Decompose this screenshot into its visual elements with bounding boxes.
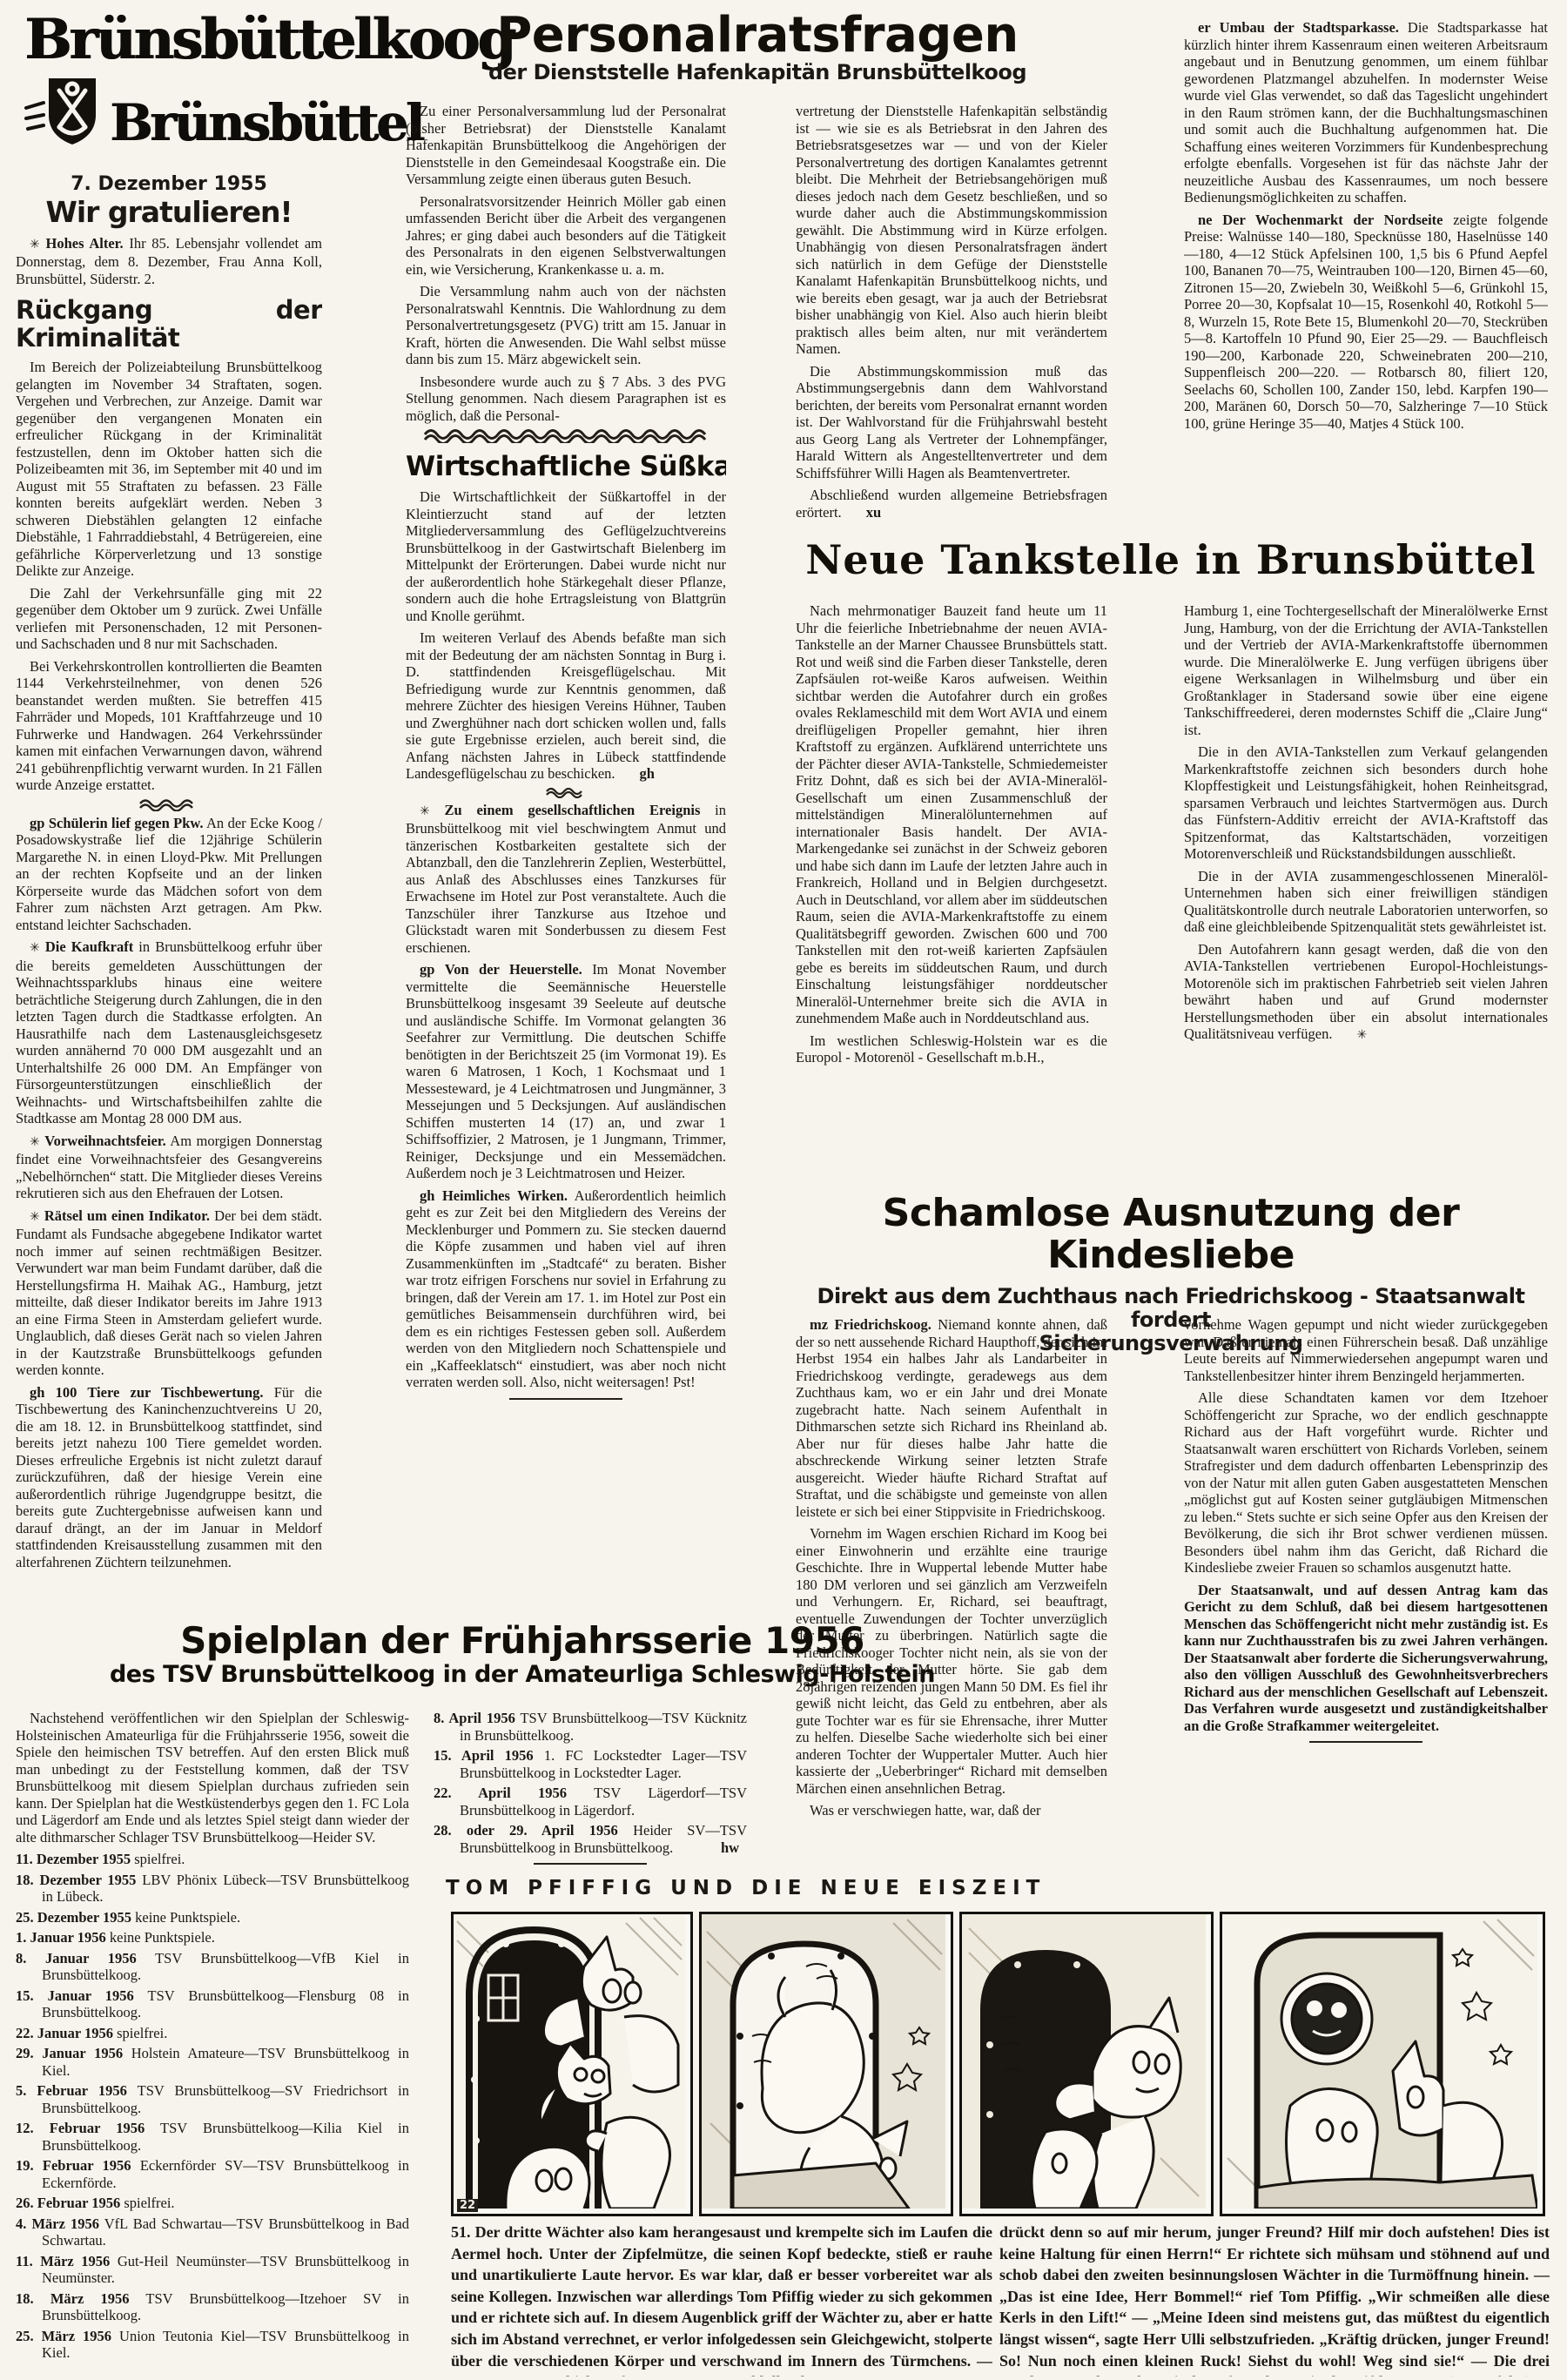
comic-panel-2 [699, 1912, 953, 2216]
tankstelle-column-left: Nach mehrmonatiger Bauzeit fand heute um… [796, 602, 1107, 1180]
comic-panel-1: 22 [451, 1912, 693, 2216]
fixture-row: 12. Februar 1956 TSV Brunsbüttelkoog—Kil… [16, 2120, 409, 2154]
comic-caption-left: 51. Der dritte Wächter also kam heranges… [451, 2222, 992, 2377]
news-item: ✳ Vorweihnachtsfeier. Am morgigen Donner… [16, 1133, 322, 1202]
byline-marker: gh [420, 1187, 434, 1204]
newspaper-page: Brünsbüttelkoog Brünsbüttel [0, 0, 1567, 2380]
item-title: Umbau der Stadtsparkasse. [1220, 19, 1399, 36]
item-text: Die Stadtsparkasse hat kürzlich hinter i… [1184, 19, 1548, 205]
fixture-row: 28. oder 29. April 1956 Heider SV—TSV Br… [434, 1822, 747, 1856]
section-rule [534, 1863, 647, 1865]
star-icon: ✳ [30, 1135, 40, 1149]
paragraph-text: Abschließend wurden allgemeine Betriebsf… [796, 487, 1107, 521]
crest-logo-icon [24, 73, 101, 148]
star-icon: ✳ [30, 1210, 40, 1224]
personalrat-paragraph: Die Abstimmungskommission muß das Abstim… [796, 363, 1107, 482]
personalrat-paragraph: Zu einer Personalversammlung lud der Per… [406, 103, 726, 188]
star-sign-off-icon: ✳ [1356, 1028, 1367, 1042]
personalrat-headline: Personalratsfragen [453, 10, 1062, 61]
fixture-date: 25. März 1956 [16, 2328, 111, 2344]
fixture-date: 26. Februar 1956 [16, 2195, 120, 2211]
fixture-row: 15. Januar 1956 TSV Brunsbüttelkoog—Flen… [16, 1987, 409, 2021]
fixture-row: 22. Januar 1956 spielfrei. [16, 2025, 409, 2042]
personalrat-paragraph: Abschließend wurden allgemeine Betriebsf… [796, 487, 1107, 521]
item-title: Schülerin lief gegen Pkw. [49, 815, 204, 831]
column-1: 7. Dezember 1955 Wir gratulieren! ✳ Hohe… [16, 167, 322, 1617]
star-icon: ✳ [30, 941, 40, 955]
news-item: ✳ Zu einem gesellschaftlichen Ereignis i… [406, 802, 726, 957]
fixture-date: 29. Januar 1956 [16, 2045, 123, 2061]
comic-caption-right: drückt denn so auf mir herum, junger Fre… [999, 2222, 1550, 2377]
schamlose-paragraph: vornehme Wagen gepumpt und nicht wieder … [1184, 1316, 1548, 1384]
section-rule [1309, 1741, 1422, 1743]
tankstelle-headline: Neue Tankstelle in Brunsbüttel [783, 538, 1558, 582]
tankstelle-paragraph: Die in der AVIA zusammengeschlossenen Mi… [1184, 868, 1548, 936]
schamlose-lead-paragraph: mz Friedrichskoog. Niemand konnte ahnen,… [796, 1316, 1107, 1520]
schamlose-headline: Schamlose Ausnutzung der Kindesliebe [783, 1193, 1558, 1276]
spielplan-headline-block: Spielplan der Frühjahrsserie 1956 des TS… [52, 1621, 992, 1688]
fixture-date: 15. April 1956 [434, 1747, 534, 1764]
wave-divider-icon [406, 788, 726, 798]
kriminalitaet-paragraph-1: Im Bereich der Polizeiabteilung Brunsbüt… [16, 359, 322, 580]
news-item: er Umbau der Stadtsparkasse. Die Stadtsp… [1184, 19, 1548, 206]
fixture-date: 18. März 1956 [16, 2290, 129, 2307]
gratulieren-headline: Wir gratulieren! [16, 197, 322, 228]
fixture-row: 29. Januar 1956 Holstein Amateure—TSV Br… [16, 2045, 409, 2079]
item-text: Außerordentlich heimlich geht es zur Zei… [406, 1187, 726, 1391]
schamlose-final-paragraph: Der Staatsanwalt, und auf dessen Antrag … [1184, 1582, 1548, 1735]
comic-title: TOM PFIFFIG UND DIE NEUE EISZEIT [446, 1877, 1107, 1899]
item-text: Im Monat November vermittelte die Seemän… [406, 961, 726, 1181]
fixture-date: 25. Dezember 1955 [16, 1909, 131, 1926]
item-title: Der Wochenmarkt der Nordseite [1222, 212, 1443, 228]
item-text: in Brunsbüttelkoog erfuhr über die berei… [16, 938, 322, 1126]
fixture-row: 26. Februar 1956 spielfrei. [16, 2195, 409, 2212]
tankstelle-column-right: Hamburg 1, eine Tochtergesellschaft der … [1184, 602, 1548, 1180]
paragraph-text: Im weiteren Verlauf des Abends befaßte m… [406, 629, 726, 782]
fixture-date: 11. Dezember 1955 [16, 1851, 131, 1867]
tankstelle-headline-block: Neue Tankstelle in Brunsbüttel [783, 538, 1558, 582]
item-title: Die Kaufkraft [45, 938, 133, 955]
item-text: An der Ecke Koog / Posadowskystraße lief… [16, 815, 322, 933]
item-text: Der bei dem städt. Fundamt als Fundsache… [16, 1207, 322, 1379]
fixture-row: 25. Dezember 1955 keine Punktspiele. [16, 1909, 409, 1926]
fixture-date: 5. Februar 1956 [16, 2082, 127, 2099]
personalrat-paragraph: Personalratsvorsitzender Heinrich Möller… [406, 193, 726, 279]
news-item: ✳ Rätsel um einen Indikator. Der bei dem… [16, 1207, 322, 1379]
schamlose-column-left: mz Friedrichskoog. Niemand konnte ahnen,… [796, 1316, 1107, 1879]
tankstelle-paragraph: Die in den AVIA-Tankstellen zum Verkauf … [1184, 743, 1548, 863]
dateline: Friedrichskoog. [834, 1316, 931, 1333]
fixture-row: 15. April 1956 1. FC Lockstedter Lager—T… [434, 1747, 747, 1781]
byline-marker: ne [1198, 212, 1213, 228]
fixture-date: 4. März 1956 [16, 2215, 99, 2232]
suesskartoffel-paragraph-1: Die Wirtschaftlichkeit der Süßkartoffel … [406, 488, 726, 624]
star-icon: ✳ [30, 238, 40, 252]
comic-panel-3 [959, 1912, 1214, 2216]
comic-panel-number: 22 [457, 2199, 478, 2212]
comic-strip: 22 [451, 1912, 1550, 2216]
column-4-top: er Umbau der Stadtsparkasse. Die Stadtsp… [1184, 19, 1548, 534]
tankstelle-paragraph: Hamburg 1, eine Tochtergesellschaft der … [1184, 602, 1548, 738]
fixture-match: spielfrei. [134, 1851, 185, 1867]
schamlose-paragraph: Alle diese Schandtaten kamen vor dem Itz… [1184, 1389, 1548, 1577]
fixture-match: keine Punktspiele. [135, 1909, 240, 1926]
personalrat-subhead: der Dienststelle Hafenkapitän Brunsbütte… [453, 61, 1062, 84]
market-prices-text: zeigte folgende Preise: Walnüsse 140—180… [1184, 212, 1548, 432]
section-rule [509, 1398, 622, 1400]
fixture-row: 18. März 1956 TSV Brunsbüttelkoog—Itzeho… [16, 2290, 409, 2324]
spielplan-column-b: 8. April 1956 TSV Brunsbüttelkoog—TSV Kü… [434, 1710, 747, 1884]
item-title: Zu einem gesellschaftlichen Ereignis [445, 802, 701, 818]
sign-off: xu [866, 504, 881, 521]
spielplan-headline: Spielplan der Frühjahrsserie 1956 [52, 1621, 992, 1661]
item-text: Für die Tischbewertung des Kaninchenzuch… [16, 1384, 322, 1570]
suesskartoffel-paragraph-2: Im weiteren Verlauf des Abends befaßte m… [406, 629, 726, 783]
fixture-row: 11. März 1956 Gut-Heil Neumünster—TSV Br… [16, 2253, 409, 2287]
schamlose-paragraph: Was er verschwiegen hatte, war, daß der [796, 1802, 1107, 1819]
column-2: Zu einer Personalversammlung lud der Per… [406, 103, 726, 1616]
byline-marker: mz [810, 1316, 828, 1333]
fixture-date: 1. Januar 1956 [16, 1929, 106, 1946]
tankstelle-paragraph: Nach mehrmonatiger Bauzeit fand heute um… [796, 602, 1107, 1027]
fixture-date: 19. Februar 1956 [16, 2157, 131, 2174]
fixture-row: 8. April 1956 TSV Brunsbüttelkoog—TSV Kü… [434, 1710, 747, 1744]
fixture-row: 1. Januar 1956 keine Punktspiele. [16, 1929, 409, 1946]
news-item: gh Heimliches Wirken. Außerordentlich he… [406, 1187, 726, 1391]
fixture-match: spielfrei. [117, 2025, 167, 2041]
fixture-row: 22. April 1956 TSV Lägerdorf—TSV Brunsbü… [434, 1785, 747, 1819]
item-title: Hohes Alter. [45, 235, 123, 252]
fixture-date: 11. März 1956 [16, 2253, 110, 2269]
fixture-row: 4. März 1956 VfL Bad Schwartau—TSV Bruns… [16, 2215, 409, 2249]
fixture-row: 5. Februar 1956 TSV Brunsbüttelkoog—SV F… [16, 2082, 409, 2116]
news-item: gh 100 Tiere zur Tischbewertung. Für die… [16, 1384, 322, 1571]
paragraph-text: Niemand konnte ahnen, daß der so nett au… [796, 1316, 1107, 1520]
news-item: gp Von der Heuerstelle. Im Monat Novembe… [406, 961, 726, 1182]
item-title: Von der Heuerstelle. [445, 961, 582, 978]
news-item: ✳ Die Kaufkraft in Brunsbüttelkoog erfuh… [16, 938, 322, 1127]
wave-divider-icon [16, 799, 322, 811]
byline-marker: gh [30, 1384, 44, 1401]
byline-marker: er [1198, 19, 1211, 36]
fixture-date: 18. Dezember 1955 [16, 1872, 136, 1888]
tankstelle-paragraph: Im westlichen Schleswig-Holstein war es … [796, 1032, 1107, 1066]
personalrat-paragraph: Insbesondere wurde auch zu § 7 Abs. 3 de… [406, 373, 726, 425]
fixture-row: 11. Dezember 1955 spielfrei. [16, 1851, 409, 1868]
fixture-row: 19. Februar 1956 Eckernförder SV—TSV Bru… [16, 2157, 409, 2191]
fixture-row: 18. Dezember 1955 LBV Phönix Lübeck—TSV … [16, 1872, 409, 1906]
fixture-row: 25. März 1956 Union Teutonia Kiel—TSV Br… [16, 2328, 409, 2362]
fixture-match: spielfrei. [124, 2195, 174, 2211]
news-item: ne Der Wochenmarkt der Nordseite zeigte … [1184, 212, 1548, 433]
issue-date: 7. Dezember 1955 [16, 176, 322, 193]
ornamental-wave-divider-icon [406, 429, 726, 443]
fixture-date: 15. Januar 1956 [16, 1987, 134, 2004]
column-3-top: vertretung der Dienststelle Hafenkapitän… [796, 103, 1107, 531]
schamlose-column-right: vornehme Wagen gepumpt und nicht wieder … [1184, 1316, 1548, 1908]
item-title: Heimliches Wirken. [442, 1187, 568, 1204]
star-icon: ✳ [420, 804, 430, 818]
spielplan-subhead: des TSV Brunsbüttelkoog in der Amateurli… [52, 1661, 992, 1688]
fixture-date: 28. oder 29. April 1956 [434, 1822, 618, 1839]
personalrat-paragraph: vertretung der Dienststelle Hafenkapitän… [796, 103, 1107, 358]
fixture-match: keine Punktspiele. [110, 1929, 215, 1946]
kriminalitaet-paragraph-2: Die Zahl der Verkehrsunfälle ging mit 22… [16, 585, 322, 653]
fixture-date: 22. Januar 1956 [16, 2025, 113, 2041]
item-title: Rätsel um einen Indikator. [44, 1207, 210, 1224]
fixture-date: 12. Februar 1956 [16, 2120, 145, 2136]
byline-marker: gp [420, 961, 434, 978]
fixture-date: 8. April 1956 [434, 1710, 515, 1726]
item-title: 100 Tiere zur Tischbewertung. [56, 1384, 264, 1401]
news-item: gp Schülerin lief gegen Pkw. An der Ecke… [16, 815, 322, 934]
item-text: in Brunsbüttelkoog mit viel beschwingtem… [406, 802, 726, 956]
byline-marker: gp [30, 815, 44, 831]
kriminalitaet-paragraph-3: Bei Verkehrskontrollen kontrollierten di… [16, 658, 322, 794]
comic-panel-4 [1220, 1912, 1545, 2216]
personalrat-paragraph: Die Versammlung nahm auch von der nächst… [406, 283, 726, 368]
kriminalitaet-headline: Rückgang der Kriminalität [16, 296, 322, 352]
masthead-title-line2: Brünsbüttel [110, 97, 422, 148]
fixture-date: 22. April 1956 [434, 1785, 567, 1801]
item-title: Vorweihnachtsfeier. [44, 1133, 165, 1149]
spielplan-intro: Nachstehend veröffentlichen wir den Spie… [16, 1710, 409, 1846]
tankstelle-paragraph: Den Autofahrern kann gesagt werden, daß … [1184, 941, 1548, 1045]
spielplan-column-a: Nachstehend veröffentlichen wir den Spie… [16, 1710, 409, 2377]
sign-off: gh [640, 765, 655, 782]
fixture-date: 8. Januar 1956 [16, 1950, 137, 1967]
suesskartoffel-headline: Wirtschaftliche Süßkartoffel [406, 452, 726, 481]
paragraph-text: Den Autofahrern kann gesagt werden, daß … [1184, 941, 1548, 1043]
fixture-row: 8. Januar 1956 TSV Brunsbüttelkoog—VfB K… [16, 1950, 409, 1984]
gratulieren-item: ✳ Hohes Alter. Ihr 85. Lebensjahr vollen… [16, 235, 322, 288]
fixtures-list-a: 11. Dezember 1955 spielfrei. 18. Dezembe… [16, 1851, 409, 2362]
personalrat-headline-block: Personalratsfragen der Dienststelle Hafe… [453, 10, 1062, 84]
